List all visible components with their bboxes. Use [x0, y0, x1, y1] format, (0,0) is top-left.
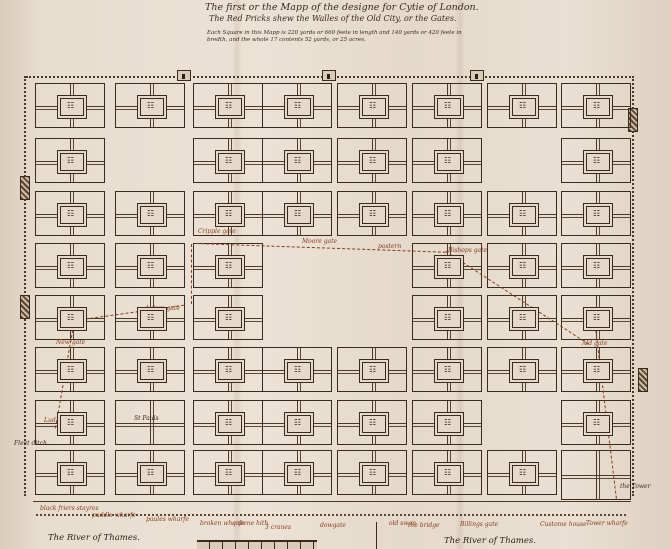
church-icon: ☷	[586, 98, 610, 116]
church-icon: ☷	[218, 206, 242, 224]
church-icon: ☷	[140, 206, 164, 224]
city-block: ☷	[337, 83, 407, 128]
church-icon: ☷	[287, 415, 311, 433]
church-icon: ☷	[287, 98, 311, 116]
city-block: ☷	[115, 243, 185, 288]
church-glyph-icon: ☷	[147, 366, 154, 374]
church-icon: ☷	[218, 153, 242, 171]
church-glyph-icon: ☷	[519, 366, 526, 374]
church-icon: ☷	[437, 153, 461, 171]
gate-label: Ald gate	[582, 340, 607, 347]
church-icon: ☷	[437, 206, 461, 224]
city-wall-west	[24, 76, 26, 496]
church-glyph-icon: ☷	[67, 366, 74, 374]
church-icon: ☷	[586, 415, 610, 433]
gate-label: Bishops gate	[448, 247, 487, 254]
city-block: ☷	[337, 138, 407, 183]
city-block: ☷	[262, 400, 332, 445]
church-glyph-icon: ☷	[369, 157, 376, 165]
church-glyph-icon: ☷	[369, 102, 376, 110]
title-line-3: Each Square in this Mapp is 220 yards or…	[207, 30, 467, 44]
city-block: ☷	[115, 450, 185, 495]
wharf-label: puddle wharfe	[92, 512, 136, 519]
river-label: The River of Thames.	[48, 533, 140, 543]
river-label: The River of Thames.	[444, 536, 536, 546]
old-wall-route	[191, 244, 192, 304]
gate-label: New gate	[56, 339, 85, 346]
city-block: ☷	[487, 243, 557, 288]
north-gate-icon	[322, 70, 336, 81]
church-glyph-icon: ☷	[369, 419, 376, 427]
city-block: ☷	[115, 347, 185, 392]
church-glyph-icon: ☷	[67, 314, 74, 322]
city-block: ☷	[561, 138, 631, 183]
church-icon: ☷	[586, 310, 610, 328]
wharf-label: dowgate	[320, 522, 346, 529]
tower-block	[561, 450, 631, 500]
church-glyph-icon: ☷	[147, 262, 154, 270]
church-icon: ☷	[140, 465, 164, 483]
city-block: ☷	[412, 450, 482, 495]
church-glyph-icon: ☷	[294, 102, 301, 110]
church-glyph-icon: ☷	[67, 262, 74, 270]
church-icon: ☷	[437, 465, 461, 483]
church-glyph-icon: ☷	[593, 102, 600, 110]
church-glyph-icon: ☷	[444, 210, 451, 218]
city-block: ☷	[412, 347, 482, 392]
gate-label: the Tower	[620, 483, 650, 490]
wharf-label: paules wharfe	[146, 516, 189, 523]
city-block: ☷	[35, 191, 105, 236]
church-icon: ☷	[362, 465, 386, 483]
church-icon: ☷	[60, 258, 84, 276]
church-icon: ☷	[287, 206, 311, 224]
church-icon: ☷	[218, 310, 242, 328]
church-glyph-icon: ☷	[444, 157, 451, 165]
title-line-2: The Red Pricks shew the Walles of the Ol…	[209, 13, 455, 24]
city-block: ☷	[115, 83, 185, 128]
church-glyph-icon: ☷	[444, 366, 451, 374]
church-icon: ☷	[140, 310, 164, 328]
city-wall-east	[632, 76, 634, 496]
city-block: ☷	[262, 138, 332, 183]
church-glyph-icon: ☷	[593, 366, 600, 374]
church-glyph-icon: ☷	[225, 210, 232, 218]
wharf-label: black friers stayres	[40, 505, 99, 512]
church-glyph-icon: ☷	[519, 469, 526, 477]
church-icon: ☷	[60, 206, 84, 224]
church-icon: ☷	[437, 98, 461, 116]
city-block: ☷	[412, 138, 482, 183]
church-glyph-icon: ☷	[593, 419, 600, 427]
city-block: ☷	[337, 400, 407, 445]
church-glyph-icon: ☷	[593, 210, 600, 218]
city-block: ☷	[337, 347, 407, 392]
church-icon: ☷	[512, 465, 536, 483]
church-icon: ☷	[512, 362, 536, 380]
wharf-label: Custome house	[540, 521, 587, 528]
city-block: ☷	[35, 243, 105, 288]
church-icon: ☷	[437, 362, 461, 380]
north-gate-icon	[177, 70, 191, 81]
church-glyph-icon: ☷	[444, 102, 451, 110]
church-icon: ☷	[287, 465, 311, 483]
wharf-label: Billings gate	[460, 521, 498, 528]
gate-label: Moore gate	[302, 238, 337, 245]
city-block: ☷	[412, 83, 482, 128]
church-icon: ☷	[218, 465, 242, 483]
city-block: ☷	[193, 243, 263, 288]
gate-label: postern	[378, 243, 401, 250]
city-block: ☷	[193, 138, 263, 183]
gate-label: Fleet ditch	[14, 440, 47, 447]
church-icon: ☷	[140, 362, 164, 380]
city-block: ☷	[115, 191, 185, 236]
church-icon: ☷	[362, 98, 386, 116]
city-block: ☷	[561, 83, 631, 128]
church-icon: ☷	[60, 310, 84, 328]
church-glyph-icon: ☷	[444, 469, 451, 477]
wharf-label: 3 cranes	[265, 524, 291, 531]
church-icon: ☷	[287, 153, 311, 171]
north-gate-icon	[470, 70, 484, 81]
church-glyph-icon: ☷	[67, 102, 74, 110]
church-glyph-icon: ☷	[67, 210, 74, 218]
church-glyph-icon: ☷	[67, 157, 74, 165]
city-block: ☷	[487, 191, 557, 236]
west-gate-icon	[20, 176, 30, 200]
city-block: ☷	[35, 83, 105, 128]
church-icon: ☷	[362, 362, 386, 380]
church-glyph-icon: ☷	[593, 157, 600, 165]
church-icon: ☷	[362, 153, 386, 171]
church-icon: ☷	[218, 98, 242, 116]
church-icon: ☷	[218, 415, 242, 433]
church-glyph-icon: ☷	[294, 469, 301, 477]
city-block: ☷	[487, 347, 557, 392]
church-glyph-icon: ☷	[147, 314, 154, 322]
church-glyph-icon: ☷	[147, 210, 154, 218]
city-block: ☷	[193, 347, 263, 392]
church-glyph-icon: ☷	[67, 419, 74, 427]
church-glyph-icon: ☷	[225, 157, 232, 165]
city-block: ☷	[193, 400, 263, 445]
city-block: ☷	[561, 243, 631, 288]
gate-label: St Pauls	[134, 415, 159, 422]
church-glyph-icon: ☷	[369, 210, 376, 218]
church-glyph-icon: ☷	[294, 210, 301, 218]
city-block: ☷	[412, 191, 482, 236]
wharf-label: the bridge	[408, 522, 440, 529]
church-icon: ☷	[60, 465, 84, 483]
city-block: ☷	[35, 450, 105, 495]
city-block: ☷	[193, 295, 263, 340]
church-glyph-icon: ☷	[67, 469, 74, 477]
church-glyph-icon: ☷	[225, 469, 232, 477]
church-icon: ☷	[60, 153, 84, 171]
city-block: ☷	[262, 347, 332, 392]
city-block: ☷	[487, 450, 557, 495]
church-glyph-icon: ☷	[519, 102, 526, 110]
st-pauls-block	[115, 400, 185, 445]
bridge-structure	[197, 540, 317, 549]
church-icon: ☷	[437, 415, 461, 433]
church-icon: ☷	[60, 362, 84, 380]
wharf-label: Tower wharfe	[586, 520, 628, 527]
city-block: ☷	[115, 295, 185, 340]
east-gate-icon	[638, 368, 648, 392]
church-icon: ☷	[60, 98, 84, 116]
city-block: ☷	[412, 400, 482, 445]
church-glyph-icon: ☷	[593, 314, 600, 322]
thames-street-edge	[33, 501, 631, 502]
city-block: ☷	[262, 450, 332, 495]
church-glyph-icon: ☷	[369, 469, 376, 477]
city-block: ☷	[561, 400, 631, 445]
church-glyph-icon: ☷	[369, 366, 376, 374]
wharf-label: queene hith	[232, 520, 268, 527]
church-icon: ☷	[512, 206, 536, 224]
church-glyph-icon: ☷	[225, 262, 232, 270]
city-block: ☷	[35, 347, 105, 392]
church-glyph-icon: ☷	[147, 102, 154, 110]
church-icon: ☷	[512, 310, 536, 328]
church-glyph-icon: ☷	[294, 419, 301, 427]
church-icon: ☷	[512, 258, 536, 276]
church-icon: ☷	[586, 206, 610, 224]
church-glyph-icon: ☷	[147, 469, 154, 477]
title-line-1: The first or the Mapp of the designe for…	[205, 2, 455, 13]
church-icon: ☷	[437, 258, 461, 276]
city-block: ☷	[561, 347, 631, 392]
church-glyph-icon: ☷	[593, 262, 600, 270]
city-block: ☷	[561, 191, 631, 236]
church-glyph-icon: ☷	[294, 366, 301, 374]
west-gate-icon	[20, 295, 30, 319]
church-glyph-icon: ☷	[519, 262, 526, 270]
city-block: ☷	[193, 83, 263, 128]
church-icon: ☷	[362, 415, 386, 433]
church-glyph-icon: ☷	[225, 366, 232, 374]
church-glyph-icon: ☷	[294, 157, 301, 165]
bridge-marker	[376, 522, 381, 549]
city-block: ☷	[337, 450, 407, 495]
church-icon: ☷	[437, 310, 461, 328]
church-icon: ☷	[287, 362, 311, 380]
church-icon: ☷	[140, 258, 164, 276]
church-glyph-icon: ☷	[444, 314, 451, 322]
church-icon: ☷	[362, 206, 386, 224]
city-block: ☷	[337, 191, 407, 236]
church-glyph-icon: ☷	[225, 314, 232, 322]
church-icon: ☷	[512, 98, 536, 116]
church-glyph-icon: ☷	[444, 419, 451, 427]
city-block: ☷	[487, 83, 557, 128]
church-glyph-icon: ☷	[444, 262, 451, 270]
map-title: The first or the Mapp of the designe for…	[205, 2, 455, 44]
city-block: ☷	[35, 138, 105, 183]
church-icon: ☷	[218, 362, 242, 380]
church-glyph-icon: ☷	[225, 102, 232, 110]
church-icon: ☷	[586, 362, 610, 380]
church-icon: ☷	[140, 98, 164, 116]
city-block: ☷	[262, 191, 332, 236]
city-block: ☷	[193, 450, 263, 495]
church-icon: ☷	[586, 258, 610, 276]
church-icon: ☷	[218, 258, 242, 276]
church-icon: ☷	[60, 415, 84, 433]
gate-label: Cripple gate	[198, 228, 236, 235]
church-icon: ☷	[586, 153, 610, 171]
city-block: ☷	[412, 295, 482, 340]
church-glyph-icon: ☷	[225, 419, 232, 427]
city-block: ☷	[262, 83, 332, 128]
church-glyph-icon: ☷	[519, 314, 526, 322]
church-glyph-icon: ☷	[519, 210, 526, 218]
